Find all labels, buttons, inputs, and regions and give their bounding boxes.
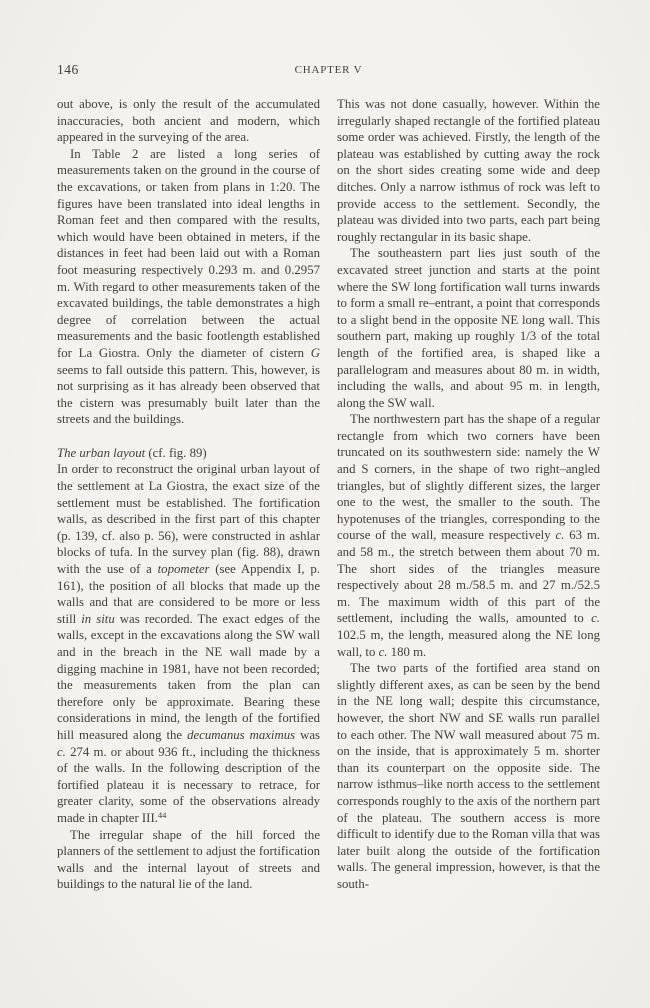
body-text: was xyxy=(295,728,320,742)
page-header: 146 CHAPTER V xyxy=(57,62,600,80)
italic-text: G xyxy=(311,346,320,360)
paragraph: The two parts of the fortified area stan… xyxy=(337,660,600,892)
column-right: This was not done casually, however. Wit… xyxy=(337,96,600,893)
italic-text: decumanus maximus xyxy=(187,728,295,742)
body-text: The irregular shape of the hill forced t… xyxy=(57,828,320,892)
paragraph: This was not done casually, however. Wit… xyxy=(337,96,600,245)
italic-text: c. xyxy=(591,611,600,625)
body-text: 274 m. or about 936 ft., including the t… xyxy=(57,745,320,825)
body-text: In Table 2 are listed a long series of m… xyxy=(57,147,320,360)
body-text: This was not done casually, however. Wit… xyxy=(337,97,600,244)
italic-text: in situ xyxy=(81,612,115,626)
body-text: (cf. fig. 89) xyxy=(145,446,206,460)
paragraph: The irregular shape of the hill forced t… xyxy=(57,827,320,893)
body-text: In order to reconstruct the original urb… xyxy=(57,462,320,576)
body-text: 63 m. and 58 m., the stretch between the… xyxy=(337,528,600,625)
body-text: 102.5 m, the length, measured along the … xyxy=(337,628,600,659)
italic-text: c. xyxy=(57,745,66,759)
body-text: 180 m. xyxy=(387,645,426,659)
paragraph: The southeastern part lies just south of… xyxy=(337,245,600,411)
body-text: out above, is only the result of the acc… xyxy=(57,97,320,144)
body-text: was recorded. The exact edges of the wal… xyxy=(57,612,320,742)
body-text: The two parts of the fortified area stan… xyxy=(337,661,600,891)
italic-text: The urban layout xyxy=(57,446,145,460)
footnote-reference: 44 xyxy=(158,810,167,820)
body-text: The southeastern part lies just south of… xyxy=(337,246,600,409)
paragraph: The northwestern part has the shape of a… xyxy=(337,411,600,660)
paragraph: In Table 2 are listed a long series of m… xyxy=(57,146,320,428)
section-heading: The urban layout (cf. fig. 89) xyxy=(57,445,320,462)
body-text: The northwestern part has the shape of a… xyxy=(337,412,600,542)
chapter-title: CHAPTER V xyxy=(57,64,600,76)
book-page: 146 CHAPTER V out above, is only the res… xyxy=(0,0,650,1008)
body-text: seems to fall outside this pattern. This… xyxy=(57,363,320,427)
text-columns: out above, is only the result of the acc… xyxy=(57,96,600,893)
paragraph: In order to reconstruct the original urb… xyxy=(57,461,320,826)
column-left: out above, is only the result of the acc… xyxy=(57,96,320,893)
italic-text: topometer xyxy=(158,562,210,576)
paragraph: out above, is only the result of the acc… xyxy=(57,96,320,146)
